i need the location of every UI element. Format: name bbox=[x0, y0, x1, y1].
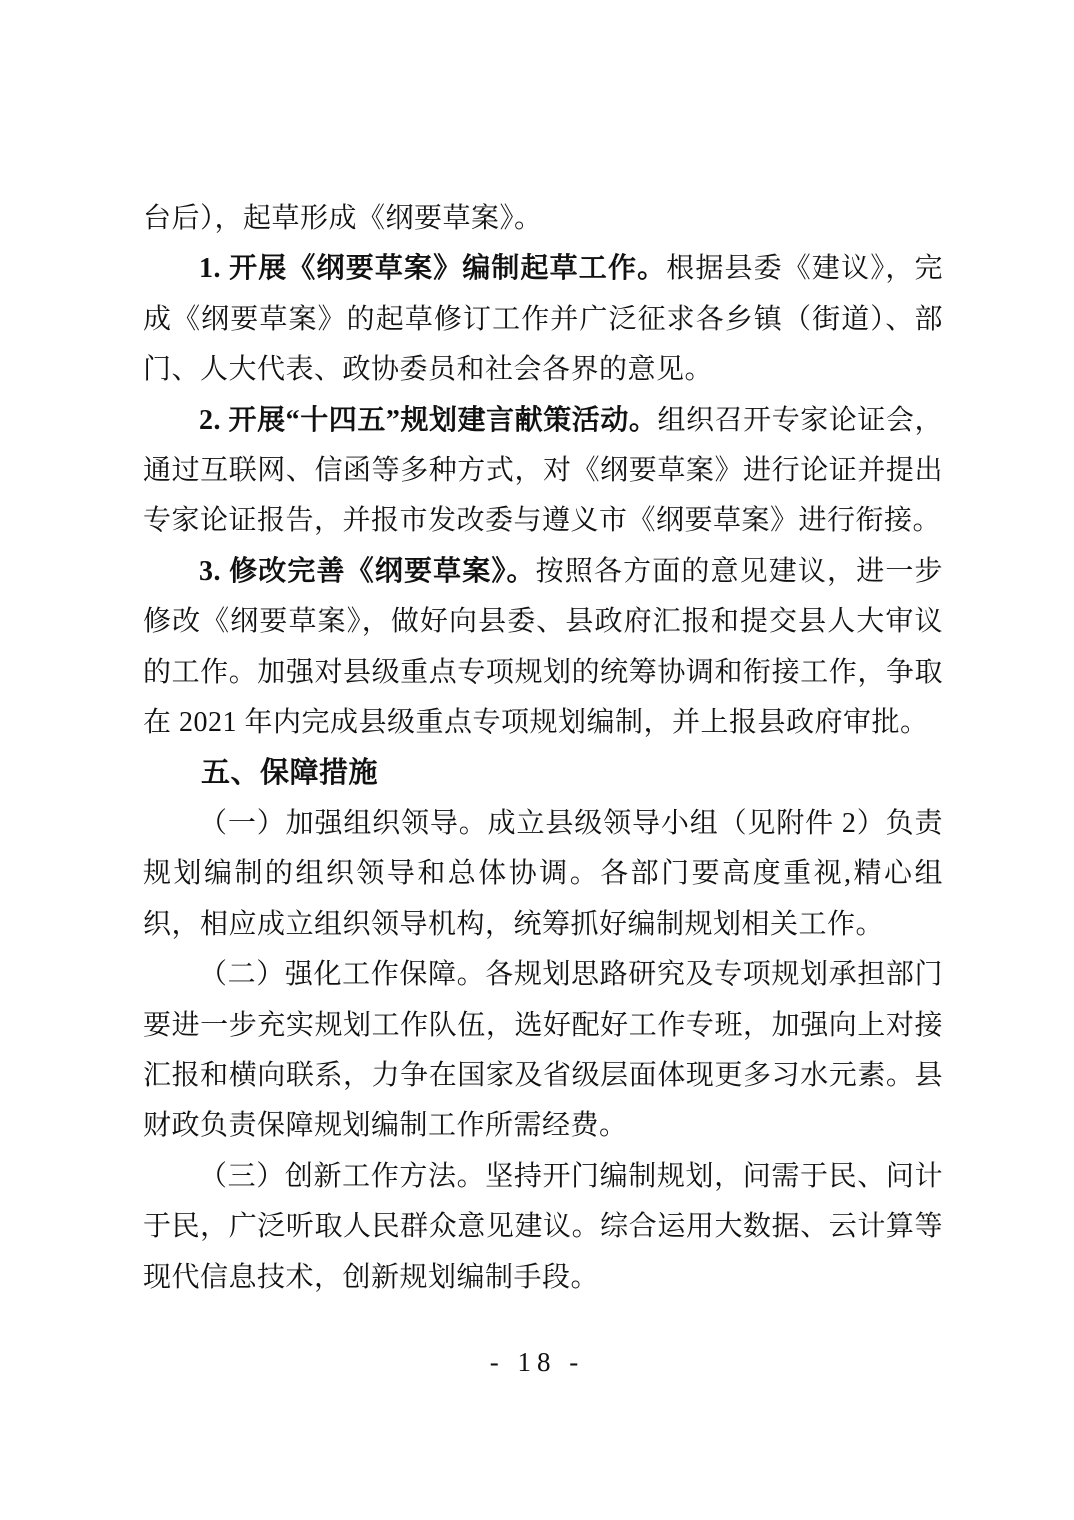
paragraph-numbered-1: 1. 开展《纲要草案》编制起草工作。根据县委《建议》，完成《纲要草案》的起草修订… bbox=[143, 244, 943, 395]
paragraph-continuation: 台后），起草形成《纲要草案》。 bbox=[143, 194, 943, 244]
paragraph-lead: （二）强化工作保障。 bbox=[199, 959, 485, 990]
paragraph-numbered-2: 2. 开展“十四五”规划建言献策活动。组织召开专家论证会，通过互联网、信函等多种… bbox=[143, 396, 943, 547]
paragraph-text: 台后），起草形成《纲要草案》。 bbox=[143, 203, 543, 234]
section-heading: 五、保障措施 bbox=[143, 748, 943, 798]
page-number: - 18 - bbox=[490, 1347, 584, 1377]
paragraph-lead: 3. 修改完善《纲要草案》。 bbox=[199, 556, 536, 587]
page-footer: - 18 - bbox=[0, 1346, 1074, 1378]
paragraph-sub-3: （三）创新工作方法。坚持开门编制规划，问需于民、问计于民，广泛听取人民群众意见建… bbox=[143, 1152, 943, 1303]
paragraph-numbered-3: 3. 修改完善《纲要草案》。按照各方面的意见建议，进一步修改《纲要草案》，做好向… bbox=[143, 547, 943, 749]
paragraph-sub-1: （一）加强组织领导。成立县级领导小组（见附件 2）负责规划编制的组织领导和总体协… bbox=[143, 799, 943, 950]
paragraph-sub-2: （二）强化工作保障。各规划思路研究及专项规划承担部门要进一步充实规划工作队伍，选… bbox=[143, 950, 943, 1152]
paragraph-lead: （三）创新工作方法。 bbox=[199, 1161, 485, 1192]
document-body: 台后），起草形成《纲要草案》。 1. 开展《纲要草案》编制起草工作。根据县委《建… bbox=[143, 194, 943, 1303]
paragraph-lead: （一）加强组织领导。 bbox=[199, 808, 488, 839]
paragraph-lead: 1. 开展《纲要草案》编制起草工作。 bbox=[199, 253, 666, 284]
document-page: 台后），起草形成《纲要草案》。 1. 开展《纲要草案》编制起草工作。根据县委《建… bbox=[0, 0, 1074, 1520]
paragraph-lead: 2. 开展“十四五”规划建言献策活动。 bbox=[199, 405, 657, 436]
